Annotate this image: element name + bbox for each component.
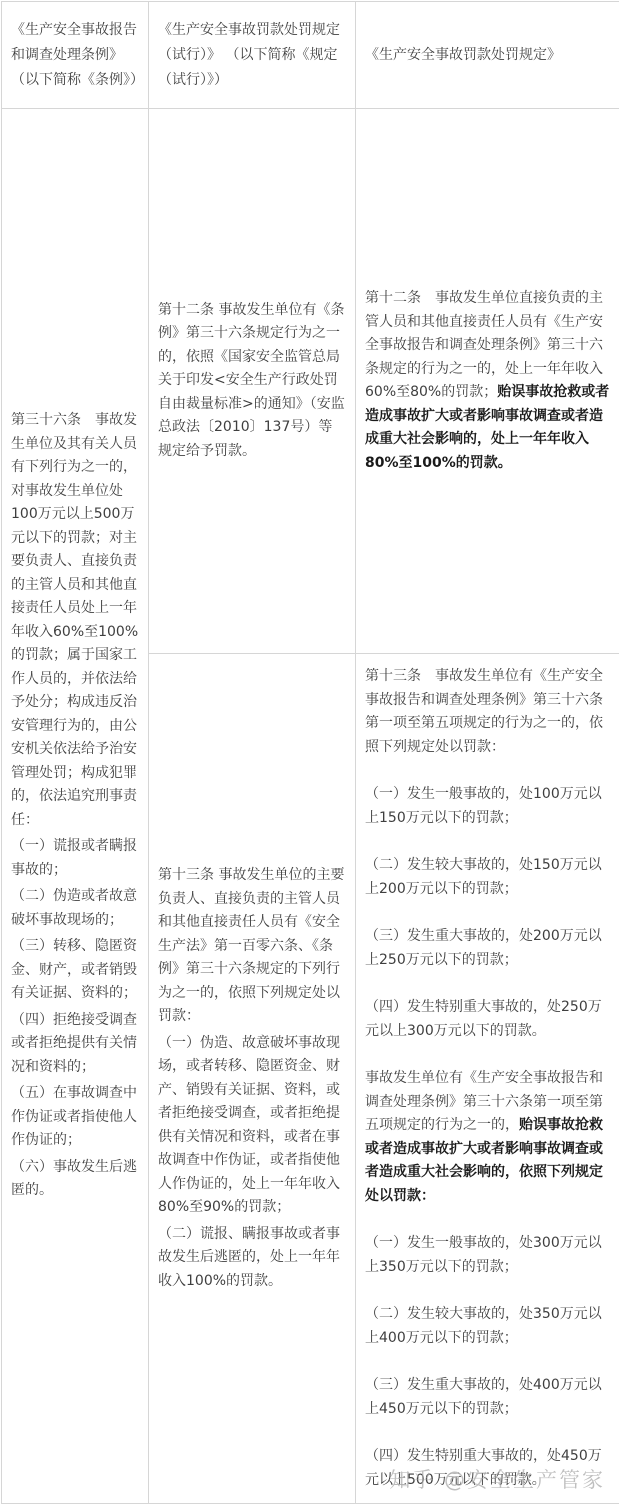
cell-tiaoli-article36: 第三十六条 事故发生单位及其有关人员有下列行为之一的，对事故发生单位处100万元… xyxy=(2,109,149,1504)
regulation-comparison-table: 《生产安全事故报告和调查处理条例》 （以下简称《条例》） 《生产安全事故罚款处罚… xyxy=(1,1,619,1504)
cell-trial-article12: 第十二条 事故发生单位有《条例》第三十六条规定行为之一的，依照《国家安全监管总局… xyxy=(149,109,356,654)
tiaoli-article36-item: （三）转移、隐匿资金、财产，或者销毁有关证据、资料的； xyxy=(11,935,139,1006)
new-article13-item: （一）发生一般事故的，处300万元以上350万元以下的罚款； xyxy=(365,1232,610,1279)
tiaoli-article36-item: （一）谎报或者瞒报事故的； xyxy=(11,835,139,882)
header-cell-new-regulation: 《生产安全事故罚款处罚规定》 xyxy=(356,2,619,109)
new-article13-item: （三）发生重大事故的，处200万元以上250万元以下的罚款； xyxy=(365,925,610,972)
cell-trial-article13: 第十三条 事故发生单位的主要负责人、直接负责的主管人员和其他直接责任人员有《安全… xyxy=(149,654,356,1504)
trial-article12-text: 第十二条 事故发生单位有《条例》第三十六条规定行为之一的，依照《国家安全监管总局… xyxy=(158,299,346,464)
new-article13-item: （二）发生较大事故的，处150万元以上200万元以下的罚款； xyxy=(365,854,610,901)
tiaoli-article36-item: （四）拒绝接受调查或者拒绝提供有关情况和资料的； xyxy=(11,1009,139,1080)
tiaoli-article36-item: （六）事故发生后逃匿的。 xyxy=(11,1156,139,1203)
trial-article13-item: （一）伪造、故意破坏事故现场，或者转移、隐匿资金、财产、销毁有关证据、资料，或者… xyxy=(158,1032,346,1220)
trial-article13-intro: 第十三条 事故发生单位的主要负责人、直接负责的主管人员和其他直接责任人员有《安全… xyxy=(158,864,346,1029)
cell-new-article12: 第十二条 事故发生单位直接负责的主管人员和其他直接责任人员有《生产安全事故报告和… xyxy=(356,109,619,654)
header-cell-tiaoli: 《生产安全事故报告和调查处理条例》 （以下简称《条例》） xyxy=(2,2,149,109)
tiaoli-article36-intro: 第三十六条 事故发生单位及其有关人员有下列行为之一的，对事故发生单位处100万元… xyxy=(11,409,139,832)
tiaoli-article36-item: （五）在事故调查中作伪证或者指使他人作伪证的； xyxy=(11,1082,139,1153)
new-article12-text: 第十二条 事故发生单位直接负责的主管人员和其他直接责任人员有《生产安全事故报告和… xyxy=(365,287,610,475)
regulation-comparison-page: 《生产安全事故报告和调查处理条例》 （以下简称《条例》） 《生产安全事故罚款处罚… xyxy=(0,0,619,1506)
new-article13-item: （三）发生重大事故的，处400万元以上450万元以下的罚款； xyxy=(365,1374,610,1421)
new-article13-para2: 事故发生单位有《生产安全事故报告和调查处理条例》第三十六条第一项至第五项规定的行… xyxy=(365,1067,610,1208)
table-header-row: 《生产安全事故报告和调查处理条例》 （以下简称《条例》） 《生产安全事故罚款处罚… xyxy=(2,2,619,109)
new-article13-item: （四）发生特别重大事故的，处250万元以上300万元以下的罚款。 xyxy=(365,996,610,1043)
table-row-article12: 第三十六条 事故发生单位及其有关人员有下列行为之一的，对事故发生单位处100万元… xyxy=(2,109,619,654)
new-article13-item: （二）发生较大事故的，处350万元以上400万元以下的罚款； xyxy=(365,1303,610,1350)
trial-article13-item: （二）谎报、瞒报事故或者事故发生后逃匿的，处上一年年收入100%的罚款。 xyxy=(158,1223,346,1294)
cell-new-article13: 第十三条 事故发生单位有《生产安全事故报告和调查处理条例》第三十六条第一项至第五… xyxy=(356,654,619,1504)
tiaoli-article36-item: （二）伪造或者故意破坏事故现场的； xyxy=(11,885,139,932)
header-cell-trial-regulation: 《生产安全事故罚款处罚规定（试行）》 （以下简称《规定（试行）》） xyxy=(149,2,356,109)
new-article13-item: （四）发生特别重大事故的，处450万元以上500万元以下的罚款。 xyxy=(365,1445,610,1492)
new-article13-para1: 第十三条 事故发生单位有《生产安全事故报告和调查处理条例》第三十六条第一项至第五… xyxy=(365,665,610,759)
new-article13-item: （一）发生一般事故的，处100万元以上150万元以下的罚款； xyxy=(365,783,610,830)
